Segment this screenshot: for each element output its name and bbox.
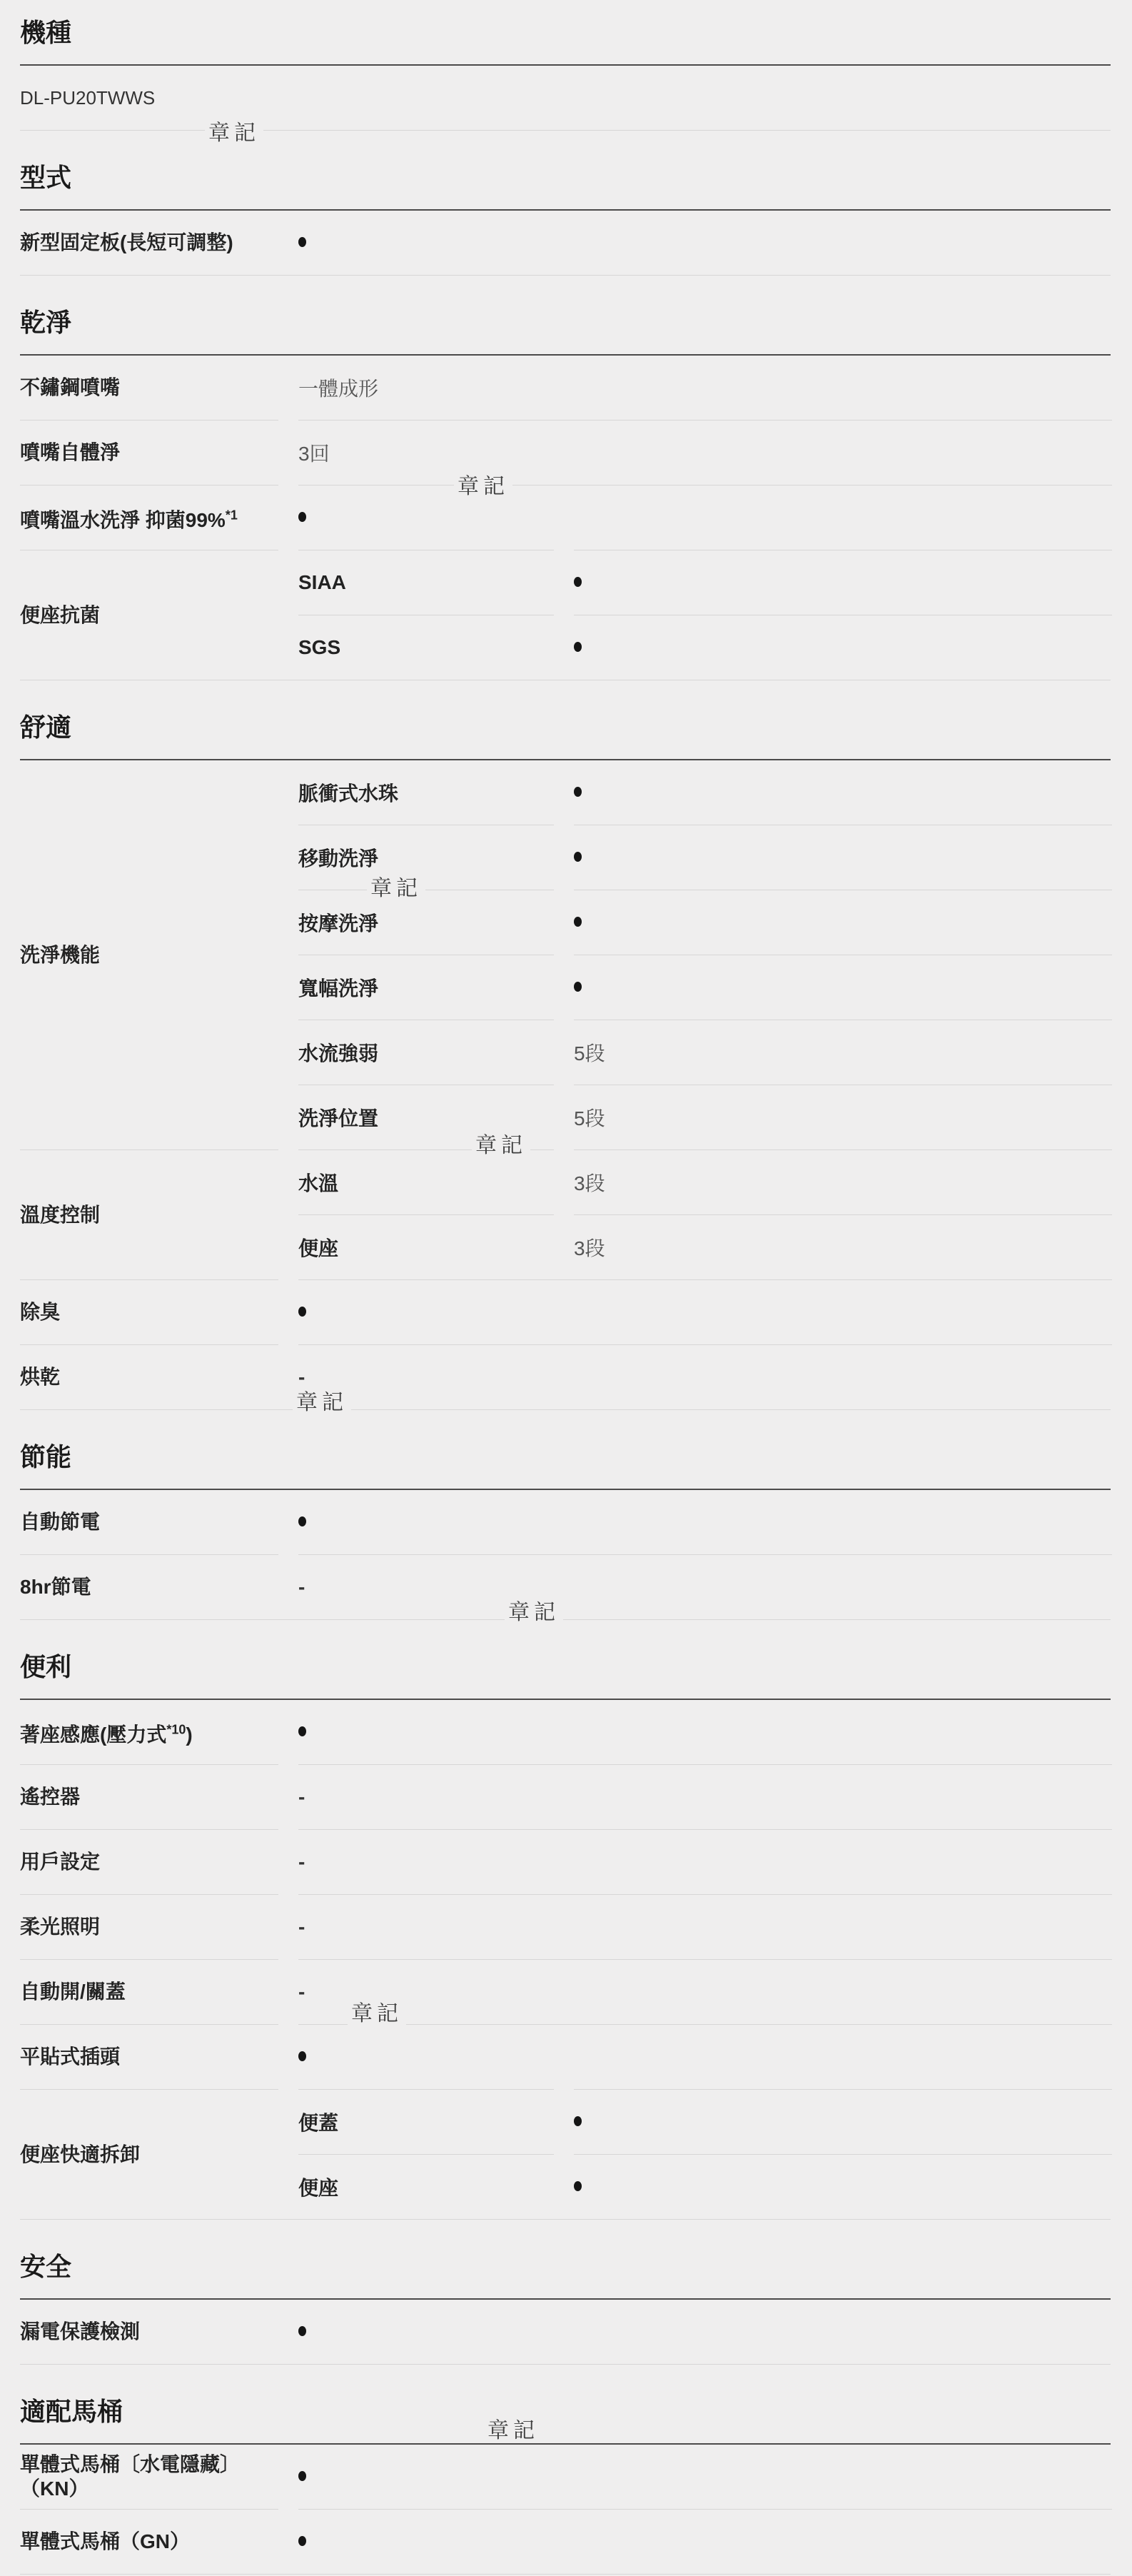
row-label-cell: DL-PU20TWWS: [20, 66, 1112, 130]
row-sublabel-cell: 按摩洗淨: [298, 890, 554, 955]
row-label: 平貼式插頭: [20, 2046, 120, 2068]
stamp-watermark: 章記: [205, 115, 263, 146]
row-value-cell: [298, 485, 1112, 550]
dash-value: -: [298, 1576, 305, 1598]
row-label-cell: 自動節電: [20, 1490, 278, 1554]
spec-row: 烘乾-: [20, 1344, 1112, 1409]
row-value-cell: [298, 2509, 1112, 2574]
row-label: 新型固定板(長短可調整): [20, 231, 233, 253]
spec-row: 8hr節電-: [20, 1554, 1112, 1619]
row-value-cell: -: [298, 1554, 1112, 1619]
row-sublabel-cell: 寬幅洗淨: [298, 955, 554, 1020]
stamp-watermark: 章記: [367, 870, 425, 902]
row-sublabel: 按摩洗淨: [298, 912, 378, 935]
row-label-cell: 新型固定板(長短可調整): [20, 211, 278, 275]
row-value-cell: [298, 2024, 1112, 2089]
spec-section: 便利著座感應(壓力式*10)遙控器-用戶設定-柔光照明-自動開/關蓋-平貼式插頭…: [0, 1620, 1132, 2220]
section-title: 乾淨: [20, 276, 1111, 356]
row-label-cell: 自動開/關蓋: [20, 1959, 278, 2024]
spec-row: 漏電保護檢測: [20, 2300, 1112, 2364]
section-title: 適配馬桶: [20, 2365, 1111, 2445]
row-value-cell: [298, 2445, 1112, 2509]
section-title: 舒適: [20, 680, 1111, 760]
spec-row: 新型固定板(長短可調整): [20, 211, 1112, 275]
dot-icon: [574, 787, 582, 797]
row-label-cell: 漏電保護檢測: [20, 2300, 278, 2364]
dot-icon: [574, 982, 582, 992]
section-title: 型式: [20, 131, 1111, 211]
row-value-cell: [574, 890, 1112, 955]
row-label: 遙控器: [20, 1786, 80, 1808]
row-label: 烘乾: [20, 1366, 60, 1388]
row-label-cell: 柔光照明: [20, 1894, 278, 1959]
row-value: 3段: [574, 1237, 605, 1259]
spec-table: 漏電保護檢測: [0, 2300, 1132, 2364]
row-label-cell: 單體式馬桶〔水電隱藏〕（KN）: [20, 2445, 278, 2509]
row-value-cell: [574, 825, 1112, 890]
dash-value: -: [298, 1916, 305, 1938]
row-label: 自動開/關蓋: [20, 1981, 126, 2003]
spec-row: 溫度控制水溫3段: [20, 1149, 1112, 1214]
spec-row: 著座感應(壓力式*10): [20, 1700, 1112, 1764]
row-value-cell: [574, 955, 1112, 1020]
spec-section: 節能自動節電8hr節電-: [0, 1410, 1132, 1620]
row-value: 3回: [298, 443, 330, 465]
spec-row: 平貼式插頭: [20, 2024, 1112, 2089]
spec-table: 新型固定板(長短可調整): [0, 211, 1132, 275]
row-label-cell: 遙控器: [20, 1764, 278, 1829]
row-label: 用戶設定: [20, 1851, 100, 1873]
row-label-cell: 溫度控制: [20, 1149, 278, 1279]
section-title: 節能: [20, 1410, 1111, 1490]
spec-row: 自動開/關蓋-: [20, 1959, 1112, 2024]
spec-row: 洗淨機能脈衝式水珠: [20, 760, 1112, 825]
row-value-cell: [298, 2300, 1112, 2364]
row-value-cell: 一體成形: [298, 356, 1112, 420]
dot-icon: [298, 1726, 306, 1736]
row-sublabel: 移動洗淨: [298, 847, 378, 870]
row-value-cell: [298, 1490, 1112, 1554]
dot-icon: [298, 2051, 306, 2061]
row-value-cell: -: [298, 1344, 1112, 1409]
row-label: 洗淨機能: [20, 944, 100, 966]
row-label-cell: 噴嘴溫水洗淨 抑菌99%*1: [20, 485, 278, 550]
row-label: 8hr節電: [20, 1576, 91, 1598]
row-value-cell: [574, 550, 1112, 615]
spec-section: 機種DL-PU20TWWS: [0, 0, 1132, 131]
row-value-cell: -: [298, 1959, 1112, 2024]
spec-row: 用戶設定-: [20, 1829, 1112, 1894]
row-value: 一體成形: [298, 378, 378, 400]
row-label: 單體式馬桶（GN）: [20, 2530, 190, 2552]
dot-icon: [298, 2326, 306, 2336]
row-label-cell: 除臭: [20, 1279, 278, 1344]
row-sublabel-cell: 脈衝式水珠: [298, 760, 554, 825]
row-sublabel-cell: SGS: [298, 615, 554, 680]
section-title: 安全: [20, 2220, 1111, 2300]
row-label: 噴嘴自體淨: [20, 441, 120, 463]
row-value-cell: [574, 760, 1112, 825]
dash-value: -: [298, 1981, 305, 2003]
row-value-cell: -: [298, 1764, 1112, 1829]
row-label: 便座抗菌: [20, 604, 100, 626]
row-label-cell: 著座感應(壓力式*10): [20, 1700, 278, 1764]
row-sublabel: 水流強弱: [298, 1042, 378, 1065]
row-label-cell: 用戶設定: [20, 1829, 278, 1894]
spec-section: 適配馬桶單體式馬桶〔水電隱藏〕（KN）單體式馬桶（GN）: [0, 2365, 1132, 2575]
dot-icon: [298, 2536, 306, 2546]
section-title: 便利: [20, 1620, 1111, 1700]
stamp-watermark: 章記: [505, 1594, 563, 1626]
row-value-cell: [574, 2089, 1112, 2154]
row-value-cell: 3回: [298, 420, 1112, 485]
row-sublabel: 便蓋: [298, 2112, 338, 2134]
spec-row: 單體式馬桶〔水電隱藏〕（KN）: [20, 2445, 1112, 2509]
stamp-watermark: 章記: [348, 1996, 406, 2027]
spec-row: 噴嘴自體淨3回: [20, 420, 1112, 485]
row-value-cell: 5段: [574, 1020, 1112, 1085]
stamp-watermark: 章記: [293, 1384, 351, 1416]
dot-icon: [298, 1307, 306, 1317]
row-label-cell: 不鏽鋼噴嘴: [20, 356, 278, 420]
row-label: 便座快適拆卸: [20, 2143, 140, 2165]
row-sublabel: 便座: [298, 2177, 338, 2199]
row-sublabel: 寬幅洗淨: [298, 977, 378, 1000]
spec-row: 遙控器-: [20, 1764, 1112, 1829]
dot-icon: [574, 2181, 582, 2191]
row-label: DL-PU20TWWS: [20, 87, 155, 109]
dot-icon: [574, 2116, 582, 2126]
spec-row: DL-PU20TWWS: [20, 66, 1112, 130]
row-sublabel: SIAA: [298, 571, 346, 593]
row-label-cell: 平貼式插頭: [20, 2024, 278, 2089]
row-label-cell: 便座抗菌: [20, 550, 278, 680]
row-value-cell: 3段: [574, 1149, 1112, 1214]
spec-table: 自動節電8hr節電-: [0, 1490, 1132, 1619]
row-label: 漏電保護檢測: [20, 2320, 140, 2343]
dash-value: -: [298, 1786, 305, 1808]
spec-row: 噴嘴溫水洗淨 抑菌99%*1: [20, 485, 1112, 550]
row-sublabel-cell: 移動洗淨: [298, 825, 554, 890]
stamp-watermark: 章記: [484, 2413, 542, 2444]
row-label: 不鏽鋼噴嘴: [20, 376, 120, 398]
dot-icon: [298, 1516, 306, 1526]
stamp-watermark: 章記: [454, 468, 512, 500]
row-value: 5段: [574, 1107, 605, 1129]
spec-row: 柔光照明-: [20, 1894, 1112, 1959]
spec-table: DL-PU20TWWS: [0, 66, 1132, 130]
row-label: 溫度控制: [20, 1204, 100, 1226]
row-sublabel-cell: 便蓋: [298, 2089, 554, 2154]
dot-icon: [298, 237, 306, 247]
row-label-cell: 噴嘴自體淨: [20, 420, 278, 485]
spec-row: 便座抗菌SIAA: [20, 550, 1112, 615]
section-title: 機種: [20, 0, 1111, 66]
stamp-watermark: 章記: [472, 1127, 530, 1159]
row-label-cell: 洗淨機能: [20, 760, 278, 1149]
row-sublabel-cell: 水溫: [298, 1149, 554, 1214]
row-sublabel: 脈衝式水珠: [298, 783, 398, 805]
row-label: 自動節電: [20, 1511, 100, 1533]
row-label-cell: 單體式馬桶（GN）: [20, 2509, 278, 2574]
spec-table: 單體式馬桶〔水電隱藏〕（KN）單體式馬桶（GN）: [0, 2445, 1132, 2574]
row-sublabel: 便座: [298, 1237, 338, 1259]
row-label: 除臭: [20, 1301, 60, 1323]
spec-row: 除臭: [20, 1279, 1112, 1344]
spec-table: 洗淨機能脈衝式水珠移動洗淨按摩洗淨寬幅洗淨水流強弱5段洗淨位置5段溫度控制水溫3…: [0, 760, 1132, 1409]
dot-icon: [574, 577, 582, 587]
row-label-cell: 8hr節電: [20, 1554, 278, 1619]
row-label: 單體式馬桶〔水電隱藏〕（KN）: [20, 2453, 240, 2500]
spec-table: 不鏽鋼噴嘴一體成形噴嘴自體淨3回噴嘴溫水洗淨 抑菌99%*1便座抗菌SIAASG…: [0, 356, 1132, 680]
spec-row: 自動節電: [20, 1490, 1112, 1554]
row-label-cell: 便座快適拆卸: [20, 2089, 278, 2219]
dot-icon: [574, 917, 582, 927]
row-value: 3段: [574, 1172, 605, 1194]
group-end-divider: [20, 2574, 1111, 2575]
row-sublabel-cell: 便座: [298, 1214, 554, 1279]
spec-row: 不鏽鋼噴嘴一體成形: [20, 356, 1112, 420]
row-sublabel: 水溫: [298, 1172, 338, 1194]
spec-row: 單體式馬桶（GN）: [20, 2509, 1112, 2574]
spec-section: 型式新型固定板(長短可調整): [0, 131, 1132, 276]
spec-section: 乾淨不鏽鋼噴嘴一體成形噴嘴自體淨3回噴嘴溫水洗淨 抑菌99%*1便座抗菌SIAA…: [0, 276, 1132, 680]
spec-table: 著座感應(壓力式*10)遙控器-用戶設定-柔光照明-自動開/關蓋-平貼式插頭便座…: [0, 1700, 1132, 2219]
footnote-superscript: *10: [166, 1722, 186, 1736]
row-label: 著座感應(壓力式*10): [20, 1724, 193, 1746]
spec-section: 安全漏電保護檢測: [0, 2220, 1132, 2365]
spec-row: 便座快適拆卸便蓋: [20, 2089, 1112, 2154]
row-value-cell: 5段: [574, 1085, 1112, 1149]
row-sublabel: 洗淨位置: [298, 1107, 378, 1129]
row-sublabel-cell: SIAA: [298, 550, 554, 615]
row-value-cell: 3段: [574, 1214, 1112, 1279]
row-value-cell: [298, 1700, 1112, 1764]
row-value-cell: -: [298, 1829, 1112, 1894]
row-label: 噴嘴溫水洗淨 抑菌99%*1: [20, 509, 238, 531]
dot-icon: [574, 642, 582, 652]
row-value-cell: [298, 1279, 1112, 1344]
row-label: 柔光照明: [20, 1916, 100, 1938]
row-value-cell: [574, 615, 1112, 680]
spec-sheet: 機種DL-PU20TWWS型式新型固定板(長短可調整)乾淨不鏽鋼噴嘴一體成形噴嘴…: [0, 0, 1132, 2575]
row-sublabel-cell: 水流強弱: [298, 1020, 554, 1085]
dot-icon: [298, 2471, 306, 2481]
row-label-cell: 烘乾: [20, 1344, 278, 1409]
row-value-cell: [574, 2154, 1112, 2219]
row-value-cell: [298, 211, 1112, 275]
row-sublabel-cell: 便座: [298, 2154, 554, 2219]
footnote-superscript: *1: [226, 508, 238, 522]
row-sublabel: SGS: [298, 636, 340, 658]
row-value-cell: -: [298, 1894, 1112, 1959]
dot-icon: [574, 852, 582, 862]
dash-value: -: [298, 1851, 305, 1873]
spec-section: 舒適洗淨機能脈衝式水珠移動洗淨按摩洗淨寬幅洗淨水流強弱5段洗淨位置5段溫度控制水…: [0, 680, 1132, 1410]
dot-icon: [298, 512, 306, 522]
row-value: 5段: [574, 1042, 605, 1065]
